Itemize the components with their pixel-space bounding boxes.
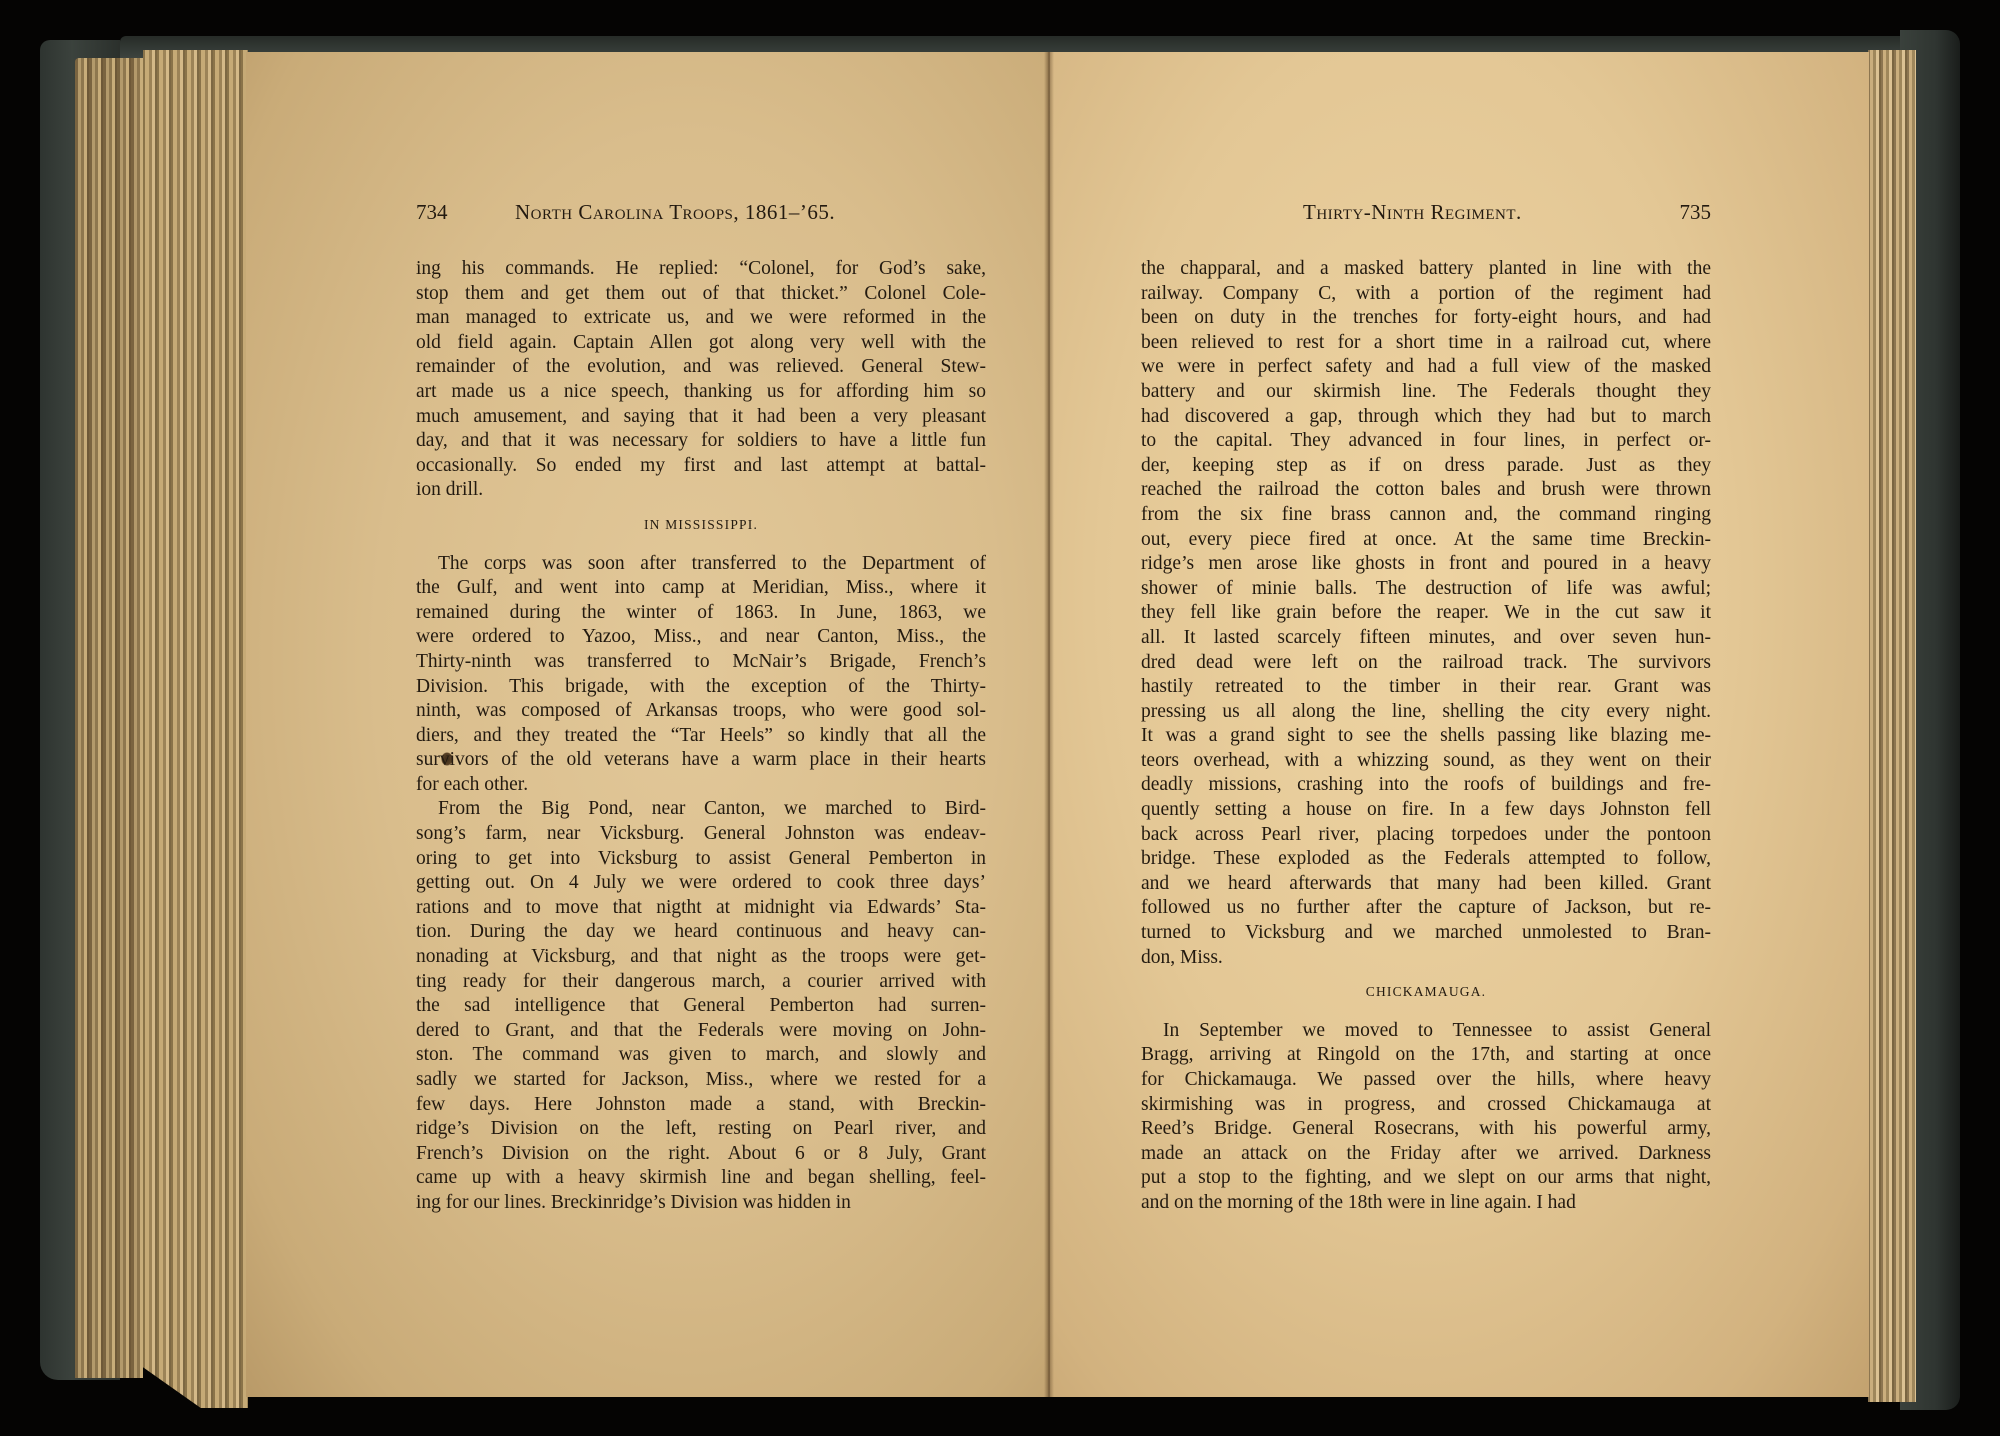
text-line: all. It lasted scarcely fifteen minutes,…	[1141, 626, 1711, 651]
text-line: out, every piece fired at once. At the s…	[1141, 528, 1711, 553]
text-line: ston. The command was given to march, an…	[416, 1043, 986, 1068]
text-line: skirmishing was in progress, and crossed…	[1141, 1093, 1711, 1118]
left-running-head: 734 North Carolina Troops, 1861–’65.	[416, 200, 986, 230]
text-line: It was a grand sight to see the shells p…	[1141, 724, 1711, 749]
text-line: nonading at Vicksburg, and that night as…	[416, 945, 986, 970]
text-line: survivors of the old veterans have a war…	[416, 748, 986, 773]
text-line: ting ready for their dangerous march, a …	[416, 970, 986, 995]
text-line: ridge’s Division on the left, resting on…	[416, 1117, 986, 1142]
text-line: came up with a heavy skirmish line and b…	[416, 1166, 986, 1191]
text-line: remained during the winter of 1863. In J…	[416, 601, 986, 626]
text-line: made an attack on the Friday after we ar…	[1141, 1142, 1711, 1167]
text-line: the Gulf, and went into camp at Meridian…	[416, 576, 986, 601]
text-line: Division. This brigade, with the excepti…	[416, 675, 986, 700]
text-line: stop them and get them out of that thick…	[416, 282, 986, 307]
text-line: railway. Company C, with a portion of th…	[1141, 282, 1711, 307]
text-line: man managed to extricate us, and we were…	[416, 306, 986, 331]
text-line: deadly missions, crashing into the roofs…	[1141, 773, 1711, 798]
text-line: back across Pearl river, placing torpedo…	[1141, 823, 1711, 848]
text-line: ing his commands. He replied: “Colonel, …	[416, 257, 986, 282]
text-line: tion. During the day we heard continuous…	[416, 920, 986, 945]
text-line: The corps was soon after transferred to …	[416, 552, 986, 577]
right-page-text: the chapparal, and a masked battery plan…	[1141, 257, 1711, 1216]
text-line: Thirty-ninth was transferred to McNair’s…	[416, 650, 986, 675]
text-line: had discovered a gap, through which they…	[1141, 405, 1711, 430]
text-line: ion drill.	[416, 478, 986, 503]
text-line: From the Big Pond, near Canton, we march…	[416, 797, 986, 822]
text-line: for each other.	[416, 773, 986, 798]
text-line: quently setting a house on fire. In a fe…	[1141, 798, 1711, 823]
text-line: day, and that it was necessary for soldi…	[416, 429, 986, 454]
text-line: from the six fine brass cannon and, the …	[1141, 503, 1711, 528]
text-line: der, keeping step as if on dress parade.…	[1141, 454, 1711, 479]
text-line: the sad intelligence that General Pember…	[416, 994, 986, 1019]
text-line: In September we moved to Tennessee to as…	[1141, 1019, 1711, 1044]
text-line: ing for our lines. Breckinridge’s Divisi…	[416, 1191, 986, 1216]
text-line: dred dead were left on the railroad trac…	[1141, 651, 1711, 676]
page-stack-right	[1868, 50, 1916, 1402]
left-page-text: ing his commands. He replied: “Colonel, …	[416, 257, 986, 1216]
page-number-left: 734	[416, 200, 448, 225]
page-stack-left-back	[75, 58, 143, 1378]
text-line: much amusement, and saying that it had b…	[416, 405, 986, 430]
text-line: French’s Division on the right. About 6 …	[416, 1142, 986, 1167]
text-line: getting out. On 4 July we were ordered t…	[416, 871, 986, 896]
text-line: put a stop to the fighting, and we slept…	[1141, 1166, 1711, 1191]
text-line: turned to Vicksburg and we marched unmol…	[1141, 921, 1711, 946]
page-stack-left-front	[143, 50, 248, 1408]
text-line: few days. Here Johnston made a stand, wi…	[416, 1093, 986, 1118]
text-line: bridge. These exploded as the Federals a…	[1141, 847, 1711, 872]
text-line: reached the railroad the cotton bales an…	[1141, 478, 1711, 503]
text-line: oring to get into Vicksburg to assist Ge…	[416, 847, 986, 872]
text-line: hastily retreated to the timber in their…	[1141, 675, 1711, 700]
text-line: for Chickamauga. We passed over the hill…	[1141, 1068, 1711, 1093]
text-line: sadly we started for Jackson, Miss., whe…	[416, 1068, 986, 1093]
text-line: to the capital. They advanced in four li…	[1141, 429, 1711, 454]
text-line: occasionally. So ended my first and last…	[416, 454, 986, 479]
text-line: rations and to move that nigtht at midni…	[416, 896, 986, 921]
page-number-right: 735	[1680, 200, 1712, 225]
text-line: were ordered to Yazoo, Miss., and near C…	[416, 625, 986, 650]
running-head-title-left: North Carolina Troops, 1861–’65.	[515, 200, 835, 225]
text-line: we were in perfect safety and had a full…	[1141, 355, 1711, 380]
text-line: ridge’s men arose like ghosts in front a…	[1141, 552, 1711, 577]
text-line: battery and our skirmish line. The Feder…	[1141, 380, 1711, 405]
text-line: dered to Grant, and that the Federals we…	[416, 1019, 986, 1044]
text-line: shower of minie balls. The destruction o…	[1141, 577, 1711, 602]
text-line: Bragg, arriving at Ringold on the 17th, …	[1141, 1043, 1711, 1068]
right-running-head: Thirty-Ninth Regiment. 735	[1141, 200, 1711, 230]
text-line: song’s farm, near Vicksburg. General Joh…	[416, 822, 986, 847]
text-line: followed us no further after the capture…	[1141, 896, 1711, 921]
text-line: art made us a nice speech, thanking us f…	[416, 380, 986, 405]
text-line: teors overhead, with a whizzing sound, a…	[1141, 749, 1711, 774]
text-line: been relieved to rest for a short time i…	[1141, 331, 1711, 356]
book-gutter	[1044, 52, 1054, 1397]
text-line: ninth, was composed of Arkansas troops, …	[416, 699, 986, 724]
text-line: old field again. Captain Allen got along…	[416, 331, 986, 356]
text-line: and we heard afterwards that many had be…	[1141, 872, 1711, 897]
text-line: diers, and they treated the “Tar Heels” …	[416, 724, 986, 749]
text-line: Reed’s Bridge. General Rosecrans, with h…	[1141, 1117, 1711, 1142]
text-line: been on duty in the trenches for forty-e…	[1141, 306, 1711, 331]
text-line: and on the morning of the 18th were in l…	[1141, 1191, 1711, 1216]
text-line: they fell like grain before the reaper. …	[1141, 601, 1711, 626]
text-line: don, Miss.	[1141, 946, 1711, 971]
section-heading: IN MISSISSIPPI.	[416, 513, 986, 538]
running-head-title-right: Thirty-Ninth Regiment.	[1303, 200, 1522, 225]
section-heading: CHICKAMAUGA.	[1141, 980, 1711, 1005]
text-line: the chapparal, and a masked battery plan…	[1141, 257, 1711, 282]
text-line: remainder of the evolution, and was reli…	[416, 355, 986, 380]
text-line: pressing us all along the line, shelling…	[1141, 700, 1711, 725]
